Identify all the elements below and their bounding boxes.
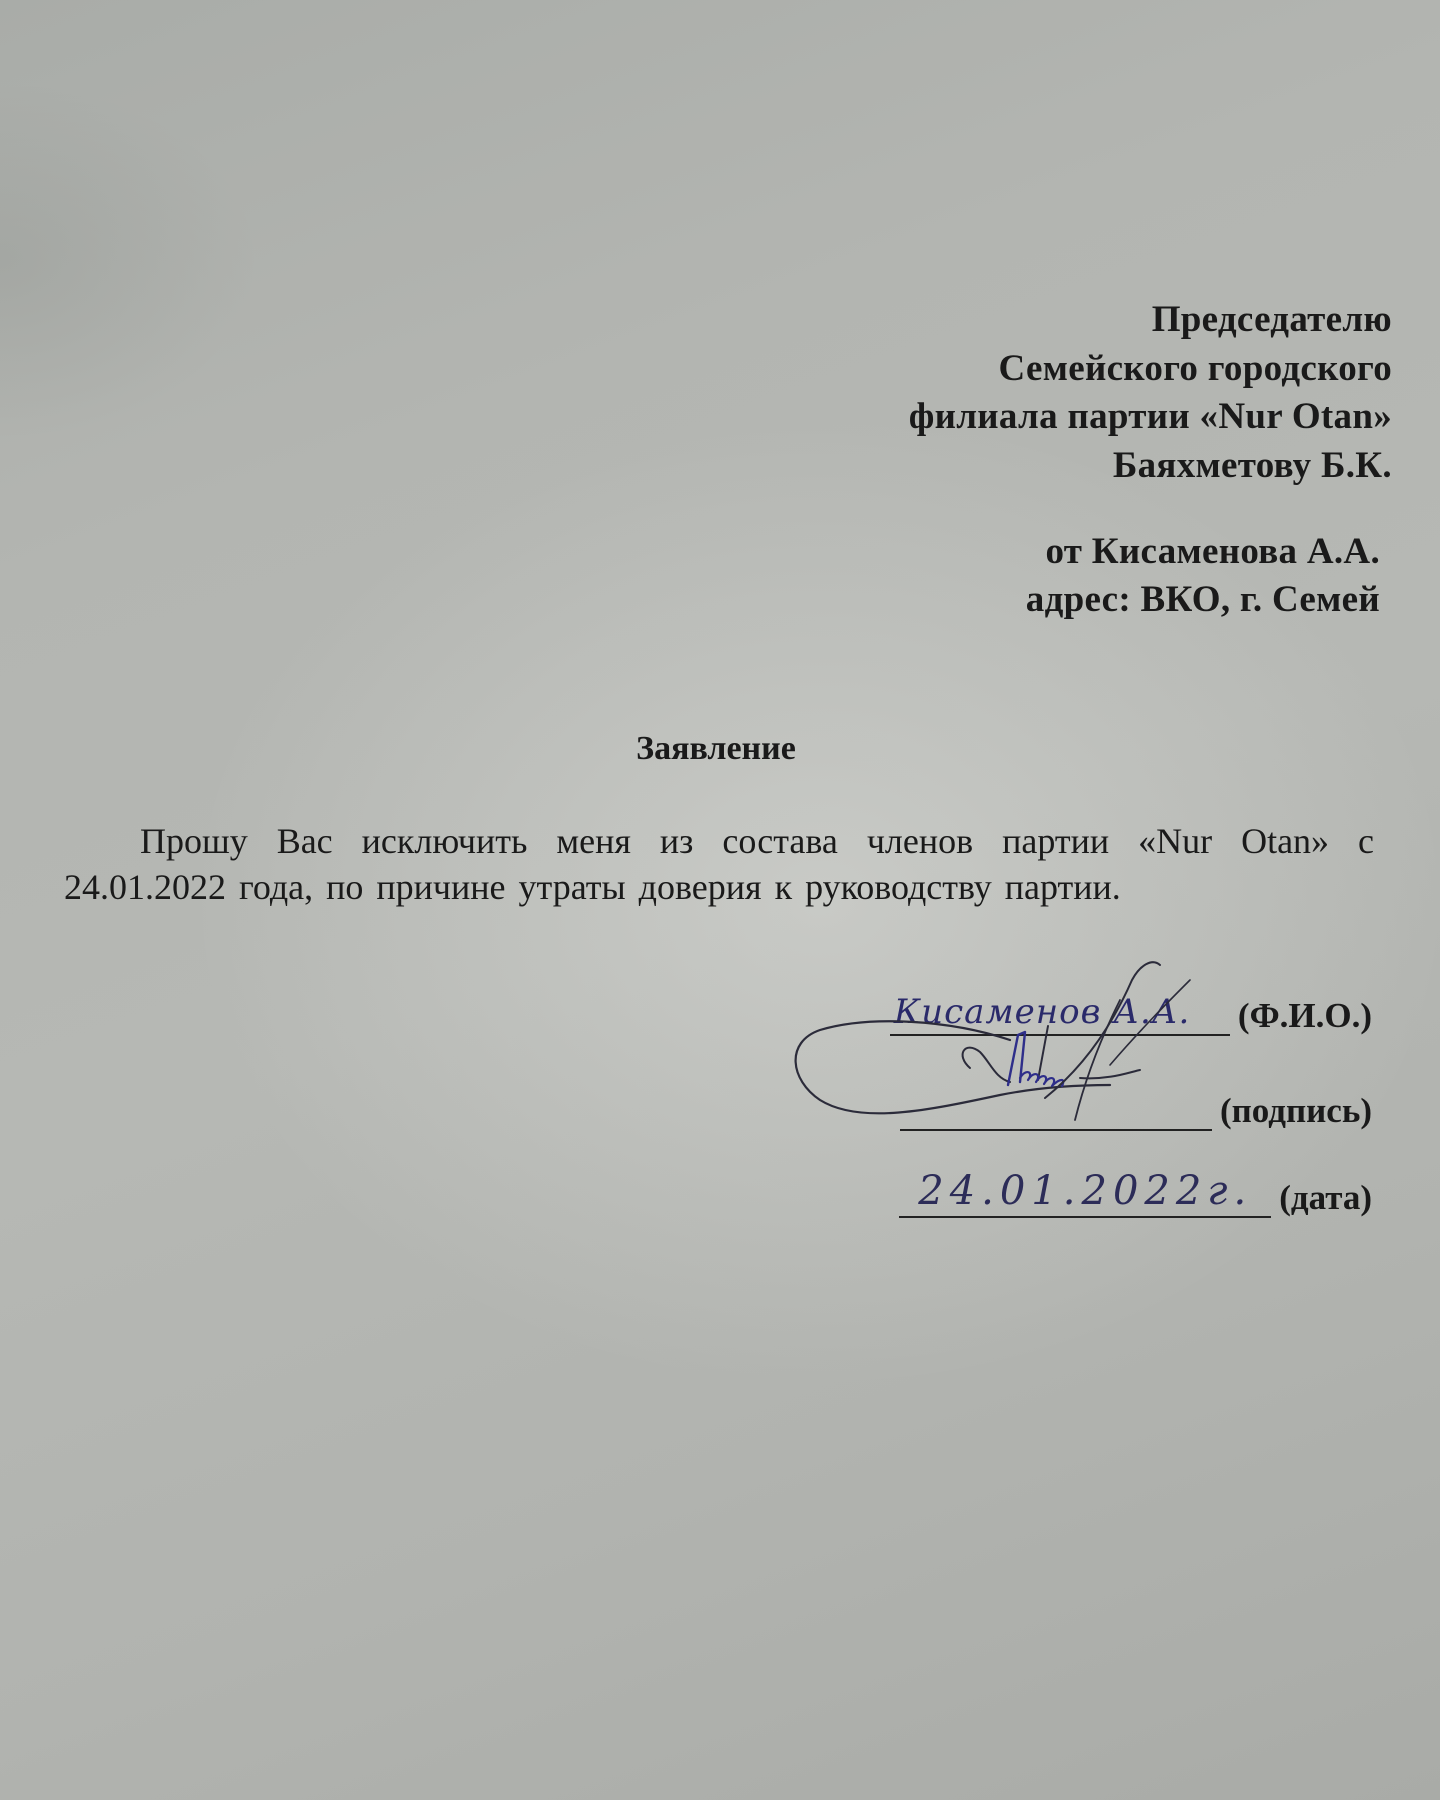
addressee-line-4: Баяхметову Б.К.	[909, 442, 1392, 491]
fio-label: (Ф.И.О.)	[1238, 996, 1372, 1036]
date-blank-line: 24.01.2022г.	[899, 1172, 1271, 1218]
addressee-line-1: Председателю	[909, 296, 1392, 345]
fio-handwritten: Кисаменов А.А.	[890, 992, 1230, 1032]
addressee-line-2: Семейского городского	[909, 345, 1392, 394]
signature-blank-line	[900, 1085, 1212, 1131]
sender-name: от Кисаменова А.А.	[1026, 528, 1380, 576]
date-handwritten: 24.01.2022г.	[899, 1168, 1271, 1214]
sender-address: адрес: ВКО, г. Семей	[1026, 576, 1380, 624]
paper-shadow	[0, 80, 260, 440]
sender-block: от Кисаменова А.А. адрес: ВКО, г. Семей	[1026, 528, 1380, 624]
date-label: (дата)	[1279, 1178, 1372, 1218]
fio-row: Кисаменов А.А. (Ф.И.О.)	[890, 990, 1372, 1036]
document-title: Заявление	[0, 730, 1436, 768]
statement-body: Прошу Вас исключить меня из состава член…	[64, 818, 1374, 910]
signature-label: (подпись)	[1220, 1091, 1372, 1131]
addressee-line-3: филиала партии «Nur Otan»	[909, 393, 1392, 442]
addressee-block: Председателю Семейского городского филиа…	[909, 296, 1392, 490]
fio-blank-line: Кисаменов А.А.	[890, 990, 1230, 1036]
signature-row: (подпись)	[900, 1085, 1372, 1131]
date-row: 24.01.2022г. (дата)	[899, 1172, 1372, 1218]
